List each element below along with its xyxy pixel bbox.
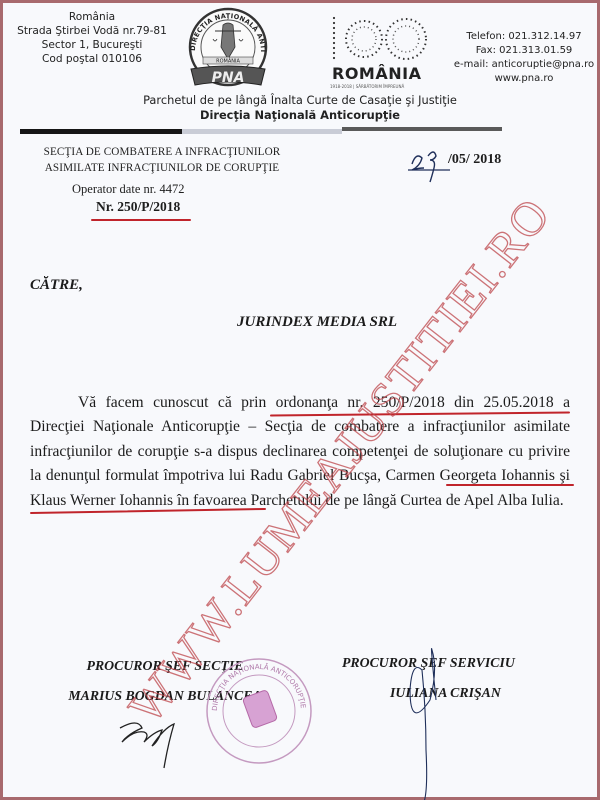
red-underline (91, 219, 191, 221)
fax: Fax: 021.313.01.59 (446, 44, 600, 58)
signature-left: PROCUROR ŞEF SECŢIE MARIUS BOGDAN BULANC… (40, 651, 290, 711)
section-name: SECŢIA DE COMBATERE A INFRACŢIUNILOR ASI… (22, 144, 302, 176)
signatory-name: MARIUS BOGDAN BULANCEA (40, 681, 290, 711)
institution-line-2: Direcţia Naţională Anticorupţie (0, 108, 600, 122)
address-line: Cod poştal 010106 (4, 52, 180, 66)
header-separator (20, 129, 502, 134)
operator-number: Operator date nr. 4472 (72, 182, 184, 197)
address-line: Strada Ştirbei Vodă nr.79-81 (4, 24, 180, 38)
logo-acronym: PNA (212, 70, 245, 86)
signatory-title: PROCUROR ŞEF SECŢIE (40, 651, 290, 681)
romania-centenary-logo: ROMÂNIA 1918-2018 | SĂRBĂTORIM ÎMPREUNĂ (326, 14, 436, 92)
recipient: JURINDEX MEDIA SRL (237, 314, 397, 331)
registration-number: Nr. 250/P/2018 (96, 199, 180, 215)
email: e-mail: anticoruptie@pna.ro (446, 58, 600, 72)
document-date: /05/ 2018 (448, 152, 501, 168)
body-paragraph: Vă facem cunoscut că prin ordonanţa nr. … (30, 391, 570, 513)
section-line: SECŢIA DE COMBATERE A INFRACŢIUNILOR (22, 144, 302, 160)
logo-band-text: ROMÂNIA (216, 58, 240, 65)
dna-logo: DIRECŢIA NAŢIONALĂ ANTICORUPŢIE ROMÂNIA … (183, 5, 273, 93)
address-line: Sector 1, Bucureşti (4, 38, 180, 52)
letter-body: Vă facem cunoscut că prin ordonanţa nr. … (30, 391, 570, 513)
section-line: ASIMILATE INFRACŢIUNILOR DE CORUPŢIE (22, 160, 302, 176)
signatory-title: PROCUROR ŞEF SERVICIU (330, 648, 590, 678)
address-line: România (4, 10, 180, 24)
website: www.pna.ro (446, 72, 600, 86)
institution-line-1: Parchetul de pe lângă Înalta Curte de Ca… (0, 93, 600, 107)
phone: Telefon: 021.312.14.97 (446, 30, 600, 44)
salutation: CĂTRE, (30, 277, 83, 294)
contact-block: Telefon: 021.312.14.97 Fax: 021.313.01.5… (446, 30, 600, 86)
signature-right: PROCUROR ŞEF SERVICIU IULIANA CRIŞAN (330, 648, 590, 708)
address-block: România Strada Ştirbei Vodă nr.79-81 Sec… (4, 10, 180, 66)
centenary-word: ROMÂNIA (332, 64, 421, 83)
centenary-dots-icon (326, 14, 436, 64)
red-underline (446, 484, 574, 486)
signatory-name: IULIANA CRIŞAN (330, 678, 590, 708)
centenary-subtitle: 1918-2018 | SĂRBĂTORIM ÎMPREUNĂ (330, 84, 440, 89)
